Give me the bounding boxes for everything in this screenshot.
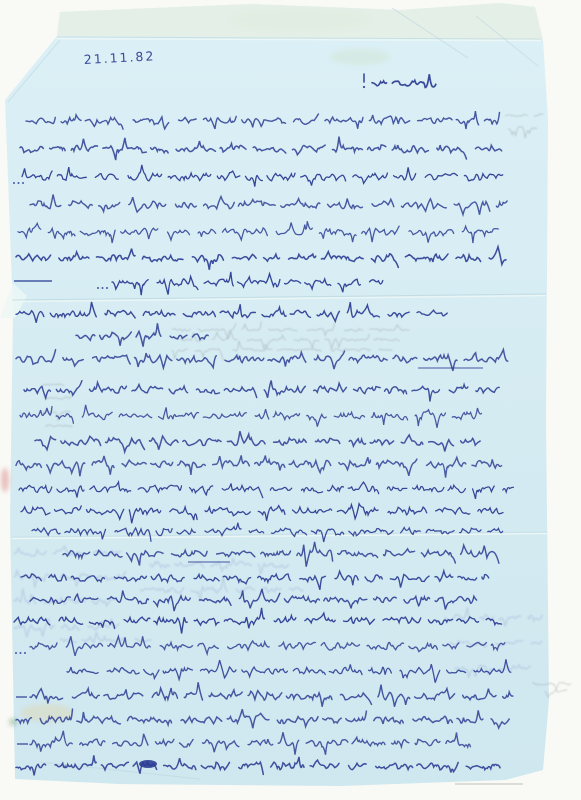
ellipsis-dots [106,287,108,289]
crossed-out-word [139,760,157,768]
ellipsis-dots [18,182,20,184]
ellipsis-dots [24,652,26,654]
letter-scan-canvas: 21.11.82 [0,0,581,800]
ellipsis-dots [102,287,104,289]
ellipsis-dots [22,182,24,184]
scanned-letter-page: 21.11.82 [0,0,581,800]
ellipsis-dots [20,652,22,654]
ellipsis-dots [13,182,15,184]
exclamation-dot [363,86,365,88]
stain-smudge [330,49,390,65]
stain-smudge [1,468,9,492]
ellipsis-dots [97,287,99,289]
ellipsis-dots [15,652,17,654]
stain-smudge [230,8,370,32]
